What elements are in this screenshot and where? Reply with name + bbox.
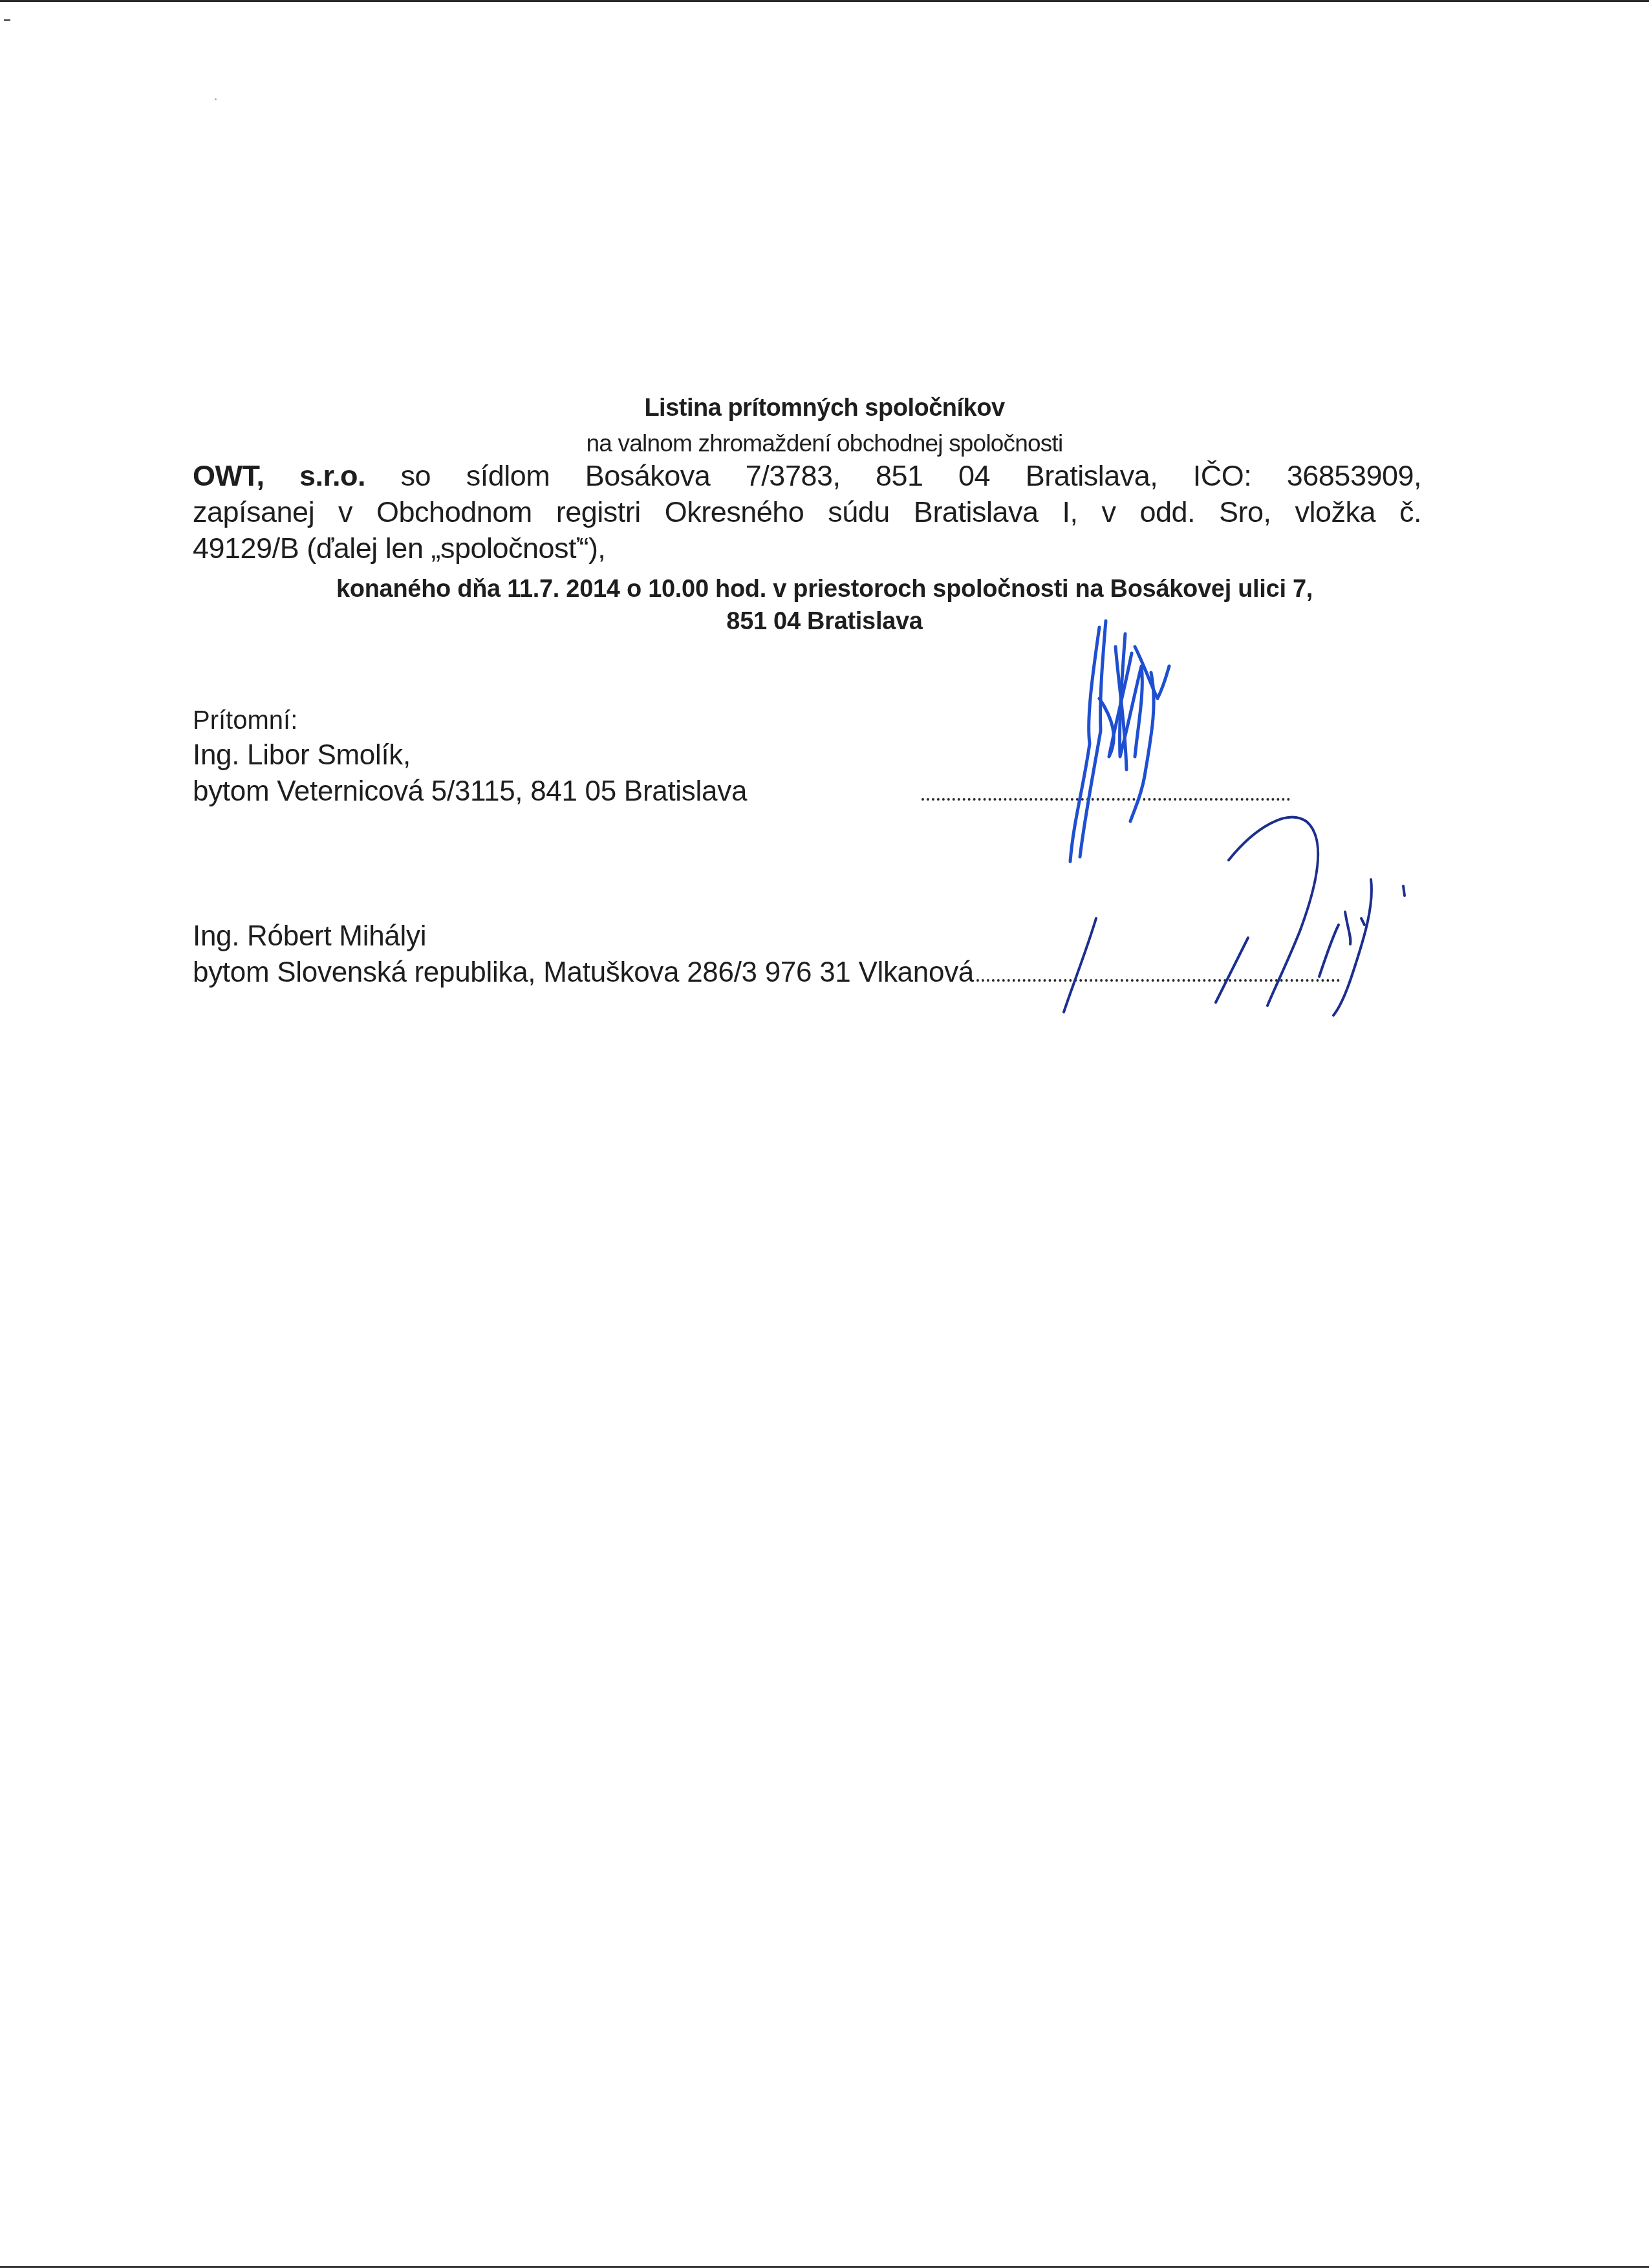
meeting-location: 851 04 Bratislava (0, 608, 1649, 636)
document-title: Listina prítomných spoločníkov (0, 394, 1649, 422)
attendee-address: bytom Veternicová 5/3115, 841 05 Bratisl… (193, 773, 747, 810)
meeting-details: konaného dňa 11.7. 2014 o 10.00 hod. v p… (0, 576, 1649, 603)
attendee-name: Ing. Róbert Mihályi (193, 918, 1340, 955)
attendee-2: Ing. Róbert Mihályi bytom Slovenská repu… (193, 918, 1340, 991)
company-register: zapísanej v Obchodnom registri Okresného… (193, 494, 1421, 530)
present-label: Prítomní: (193, 706, 297, 735)
company-seat: so sídlom Bosákova 7/3783, 851 04 Bratis… (365, 459, 1421, 492)
attendee-address: bytom Slovenská republika, Matuškova 286… (193, 955, 974, 991)
company-line-1: OWT, s.r.o. so sídlom Bosákova 7/3783, 8… (193, 458, 1421, 494)
company-name: OWT, s.r.o. (193, 459, 365, 492)
signature-line (921, 798, 1290, 801)
scan-border-top (0, 0, 1649, 2)
attendee-name: Ing. Libor Smolík, (193, 737, 1290, 773)
document-subtitle: na valnom zhromaždení obchodnej spoločno… (0, 430, 1649, 457)
scan-speck (215, 98, 217, 100)
company-details: OWT, s.r.o. so sídlom Bosákova 7/3783, 8… (193, 458, 1421, 567)
company-file-number: 49129/B (ďalej len „spoločnosť“), (193, 530, 1421, 567)
signature-line (976, 979, 1340, 982)
attendee-1: Ing. Libor Smolík, bytom Veternicová 5/3… (193, 737, 1290, 810)
scan-mark (4, 19, 10, 21)
